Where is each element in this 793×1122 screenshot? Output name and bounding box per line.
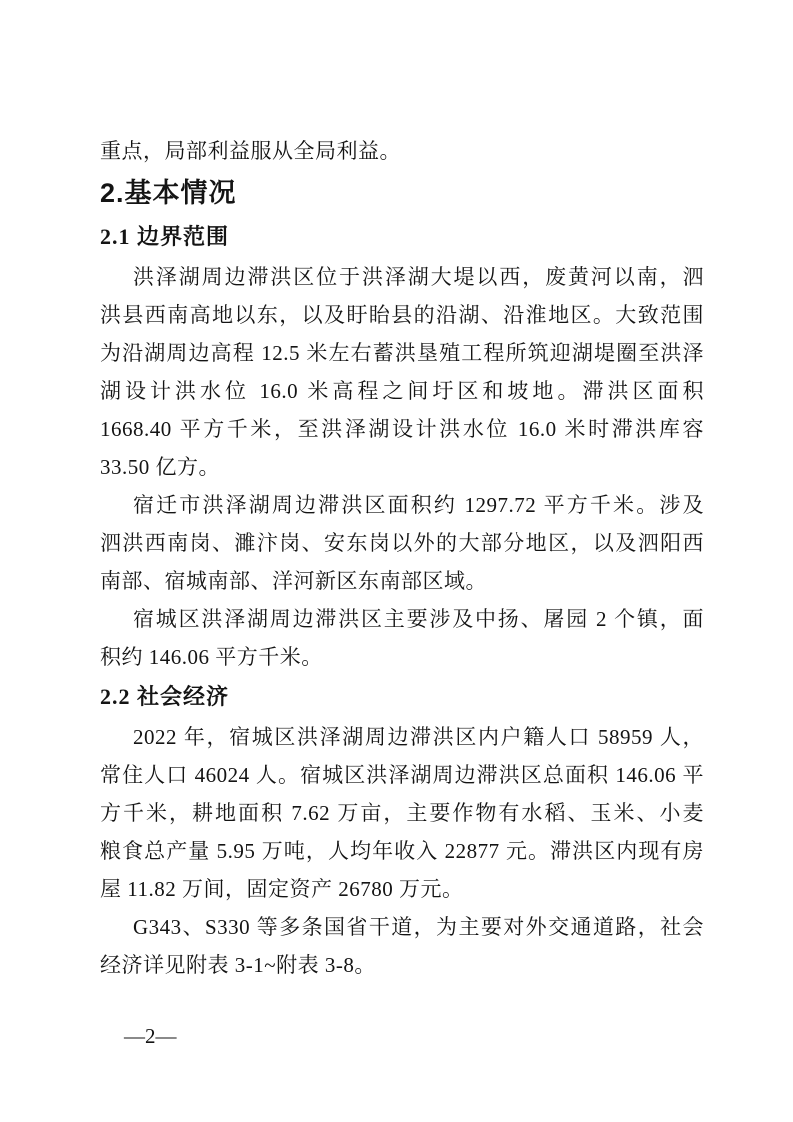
text-line: 南部、宿城南部、洋河新区东南部区域。 xyxy=(100,562,704,600)
text-line: 2022 年，宿城区洪泽湖周边滞洪区内户籍人口 58959 人， xyxy=(100,718,704,756)
section-heading-2-2: 2.2 社会经济 xyxy=(100,676,704,718)
text-line: 屋 11.82 万间，固定资产 26780 万元。 xyxy=(100,870,704,908)
text-line: 1668.40 平方千米，至洪泽湖设计洪水位 16.0 米时滞洪库容 xyxy=(100,410,704,448)
text-line: 宿城区洪泽湖周边滞洪区主要涉及中扬、屠园 2 个镇，面 xyxy=(100,600,704,638)
paragraph-boundary-scope: 洪泽湖周边滞洪区位于洪泽湖大堤以西，废黄河以南，泗 洪县西南高地以东，以及盱眙县… xyxy=(100,258,704,486)
text-line: 为沿湖周边高程 12.5 米左右蓄洪垦殖工程所筑迎湖堤圈至洪泽 xyxy=(100,334,704,372)
text-line: 方千米，耕地面积 7.62 万亩，主要作物有水稻、玉米、小麦等， xyxy=(100,794,704,832)
text-line: 泗洪西南岗、濉汴岗、安东岗以外的大部分地区，以及泗阳西 xyxy=(100,524,704,562)
continuation-paragraph-line: 重点，局部利益服从全局利益。 xyxy=(100,132,704,170)
text-line: 常住人口 46024 人。宿城区洪泽湖周边滞洪区总面积 146.06 平 xyxy=(100,756,704,794)
paragraph-suqian-area: 宿迁市洪泽湖周边滞洪区面积约 1297.72 平方千米。涉及 泗洪西南岗、濉汴岗… xyxy=(100,486,704,600)
section-heading-2: 2.基本情况 xyxy=(100,170,704,216)
text-line: 洪泽湖周边滞洪区位于洪泽湖大堤以西，废黄河以南，泗 xyxy=(100,258,704,296)
text-line: 经济详见附表 3-1~附表 3-8。 xyxy=(100,946,704,984)
paragraph-social-economy: 2022 年，宿城区洪泽湖周边滞洪区内户籍人口 58959 人， 常住人口 46… xyxy=(100,718,704,908)
paragraph-sucheng-area: 宿城区洪泽湖周边滞洪区主要涉及中扬、屠园 2 个镇，面 积约 146.06 平方… xyxy=(100,600,704,676)
document-page: 重点，局部利益服从全局利益。 2.基本情况 2.1 边界范围 洪泽湖周边滞洪区位… xyxy=(0,0,793,1122)
page-content: 重点，局部利益服从全局利益。 2.基本情况 2.1 边界范围 洪泽湖周边滞洪区位… xyxy=(100,132,704,984)
text-line: 洪县西南高地以东，以及盱眙县的沿湖、沿淮地区。大致范围 xyxy=(100,296,704,334)
text-line: 33.50 亿方。 xyxy=(100,448,704,486)
section-heading-2-1: 2.1 边界范围 xyxy=(100,216,704,258)
text-line: 积约 146.06 平方千米。 xyxy=(100,638,704,676)
paragraph-roads: G343、S330 等多条国省干道，为主要对外交通道路，社会 经济详见附表 3-… xyxy=(100,908,704,984)
text-line: 湖设计洪水位 16.0 米高程之间圩区和坡地。滞洪区面积 xyxy=(100,372,704,410)
text-line: 宿迁市洪泽湖周边滞洪区面积约 1297.72 平方千米。涉及 xyxy=(100,486,704,524)
page-number: —2— xyxy=(124,1022,177,1050)
text-line: G343、S330 等多条国省干道，为主要对外交通道路，社会 xyxy=(100,908,704,946)
text-line: 粮食总产量 5.95 万吨，人均年收入 22877 元。滞洪区内现有房 xyxy=(100,832,704,870)
